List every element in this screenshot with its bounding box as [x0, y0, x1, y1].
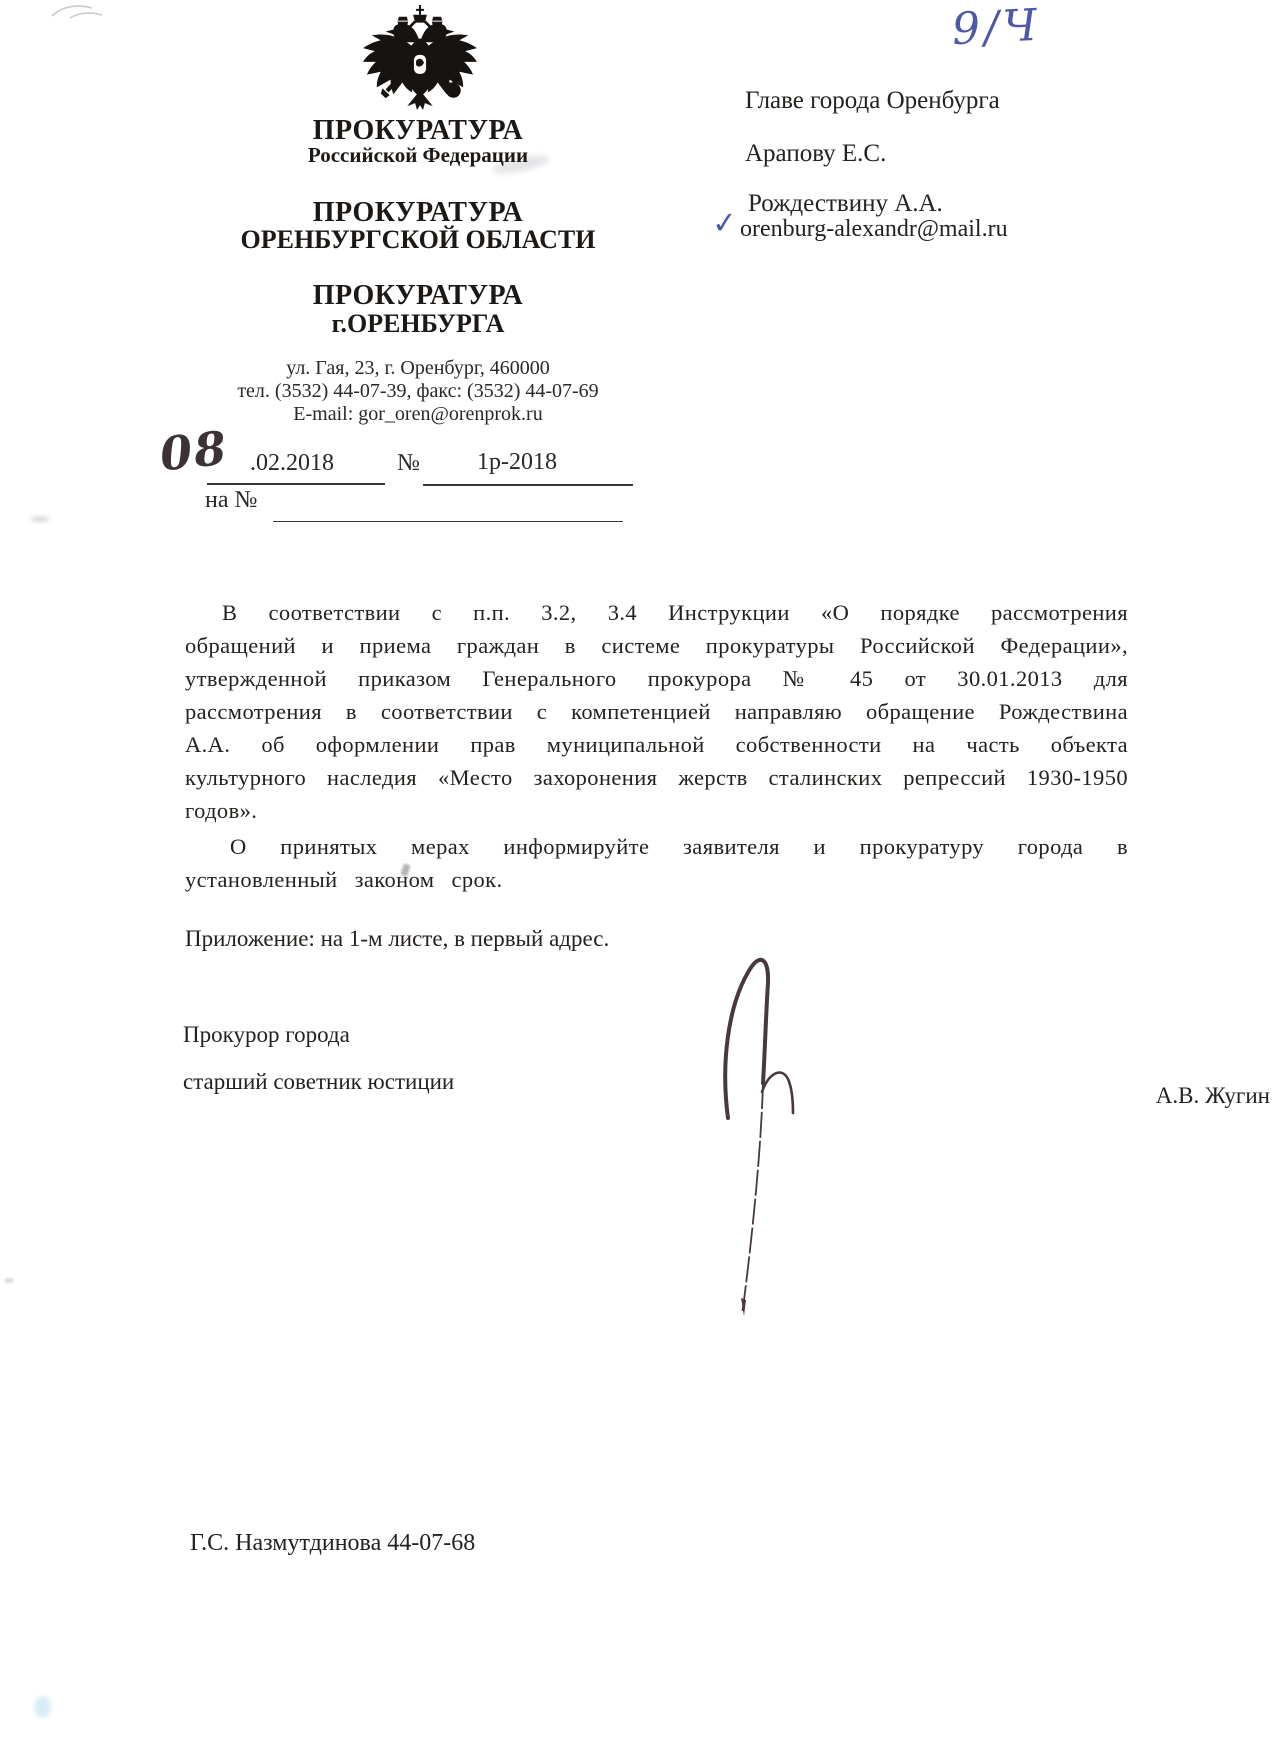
scan-artifact: [48, 2, 108, 24]
handwritten-routing-note: 9/Ч: [951, 0, 1042, 55]
date-printed: .02.2018: [250, 450, 334, 477]
letterhead-text: г.ОРЕНБУРГА: [332, 309, 505, 338]
executor-contact: Г.С. Назмутдинова 44-07-68: [190, 1530, 475, 1557]
reply-to-label: на №: [205, 487, 257, 514]
letterhead-region-line1: ПРОКУРАТУРА: [198, 198, 638, 228]
letterhead-text: Российской Федерации: [308, 143, 528, 167]
recipient-line-3: Рождествину А.А.: [748, 190, 943, 218]
letterhead-city-line2: г.ОРЕНБУРГА: [198, 310, 638, 338]
letterhead-text: ПРОКУРАТУРА: [313, 197, 524, 228]
number-value: 1р-2018: [477, 449, 557, 476]
handwritten-checkmark: ✓: [711, 205, 739, 242]
letterhead-phone-fax: тел. (3532) 44-07-39, факс: (3532) 44-07…: [198, 381, 638, 403]
letterhead-text: ПРОКУРАТУРА: [313, 115, 524, 146]
body-paragraph-2: О принятых мерах информируйте заявителя …: [185, 830, 1128, 896]
number-underline: [423, 484, 633, 486]
recipient-line-2: Арапову Е.С.: [745, 140, 886, 168]
letterhead-city-line1: ПРОКУРАТУРА: [198, 281, 638, 311]
letterhead-federal-line2: Российской Федерации: [198, 144, 638, 167]
attachment-note: Приложение: на 1-м листе, в первый адрес…: [185, 926, 609, 952]
letterhead-federal-line1: ПРОКУРАТУРА: [198, 116, 638, 146]
letterhead-text: ПРОКУРАТУРА: [313, 280, 524, 311]
signer-position-line2: старший советник юстиции: [183, 1069, 454, 1095]
handwritten-date-day: 08: [157, 421, 230, 482]
scanned-letter-page: 9/Ч ПРОКУРАТУРА Российской Фе: [0, 0, 1275, 1755]
letterhead-address: ул. Гая, 23, г. Оренбург, 460000: [198, 358, 638, 380]
letterhead-email: E-mail: gor_oren@orenprok.ru: [198, 404, 638, 426]
body-paragraph-1: В соответствии с п.п. 3.2, 3.4 Инструкци…: [185, 596, 1128, 827]
scan-artifact: [34, 1696, 51, 1718]
scan-artifact: [4, 1278, 14, 1283]
signer-name: А.В. Жугин: [1000, 1083, 1270, 1109]
recipient-line-1: Главе города Оренбурга: [745, 87, 1000, 115]
letterhead-text: ОРЕНБУРГСКОЙ ОБЛАСТИ: [241, 225, 596, 254]
reply-to-underline: [273, 521, 623, 522]
letterhead-region-line2: ОРЕНБУРГСКОЙ ОБЛАСТИ: [198, 226, 638, 254]
scan-artifact: [30, 516, 50, 522]
number-label: №: [397, 450, 420, 477]
russia-coat-of-arms-icon: [358, 3, 482, 111]
date-underline: [207, 483, 385, 485]
signer-position-line1: Прокурор города: [183, 1022, 350, 1048]
recipient-email: orenburg-alexandr@mail.ru: [740, 216, 1008, 243]
handwritten-signature: [700, 950, 810, 1325]
